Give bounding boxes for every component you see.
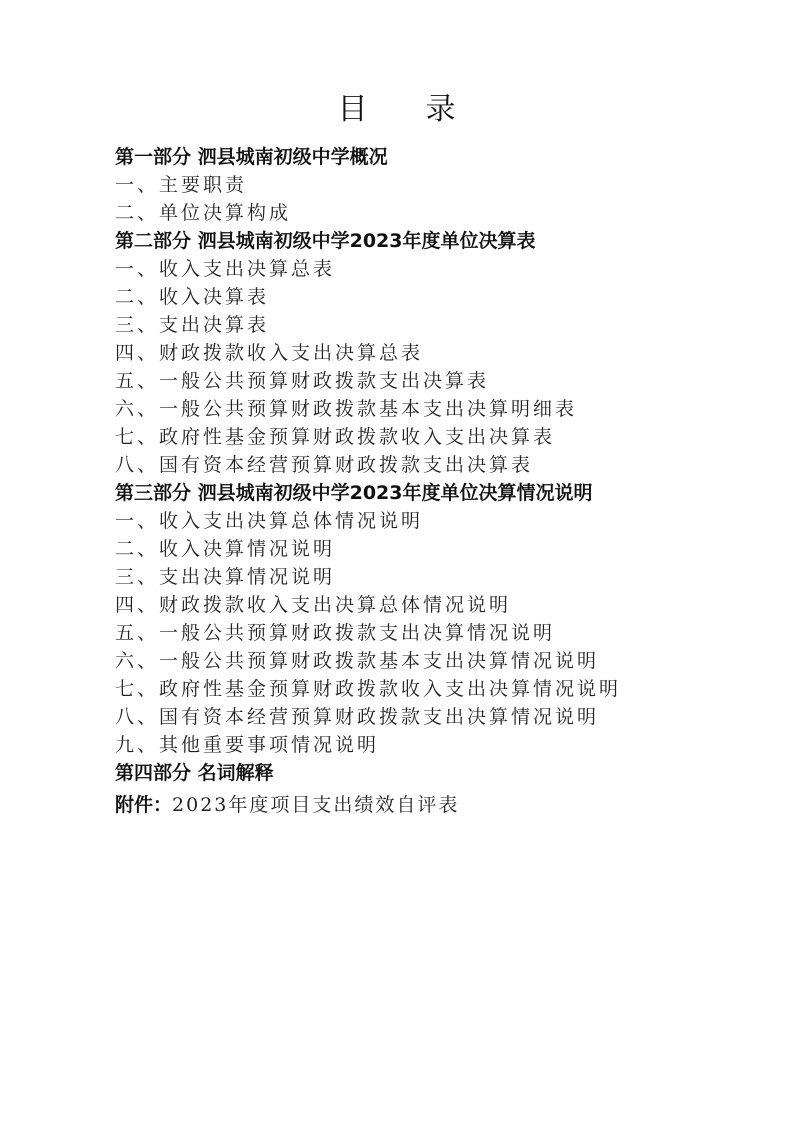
toc-item[interactable]: 八、国有资本经营预算财政拨款支出决算情况说明 [115,703,733,731]
toc-part-1[interactable]: 第一部分 泗县城南初级中学概况 [115,143,733,171]
toc-item[interactable]: 一、收入支出决算总体情况说明 [115,507,733,535]
toc-item[interactable]: 七、政府性基金预算财政拨款收入支出决算情况说明 [115,675,733,703]
page-title: 目录 [0,84,793,128]
toc-item[interactable]: 五、一般公共预算财政拨款支出决算情况说明 [115,619,733,647]
toc-item[interactable]: 四、财政拨款收入支出决算总表 [115,339,733,367]
toc-item[interactable]: 一、主要职责 [115,171,733,199]
annex-text: 2023年度项目支出绩效自评表 [172,794,459,816]
toc-item[interactable]: 九、其他重要事项情况说明 [115,731,733,759]
title-char-left: 目 [338,92,368,127]
toc-item[interactable]: 三、支出决算情况说明 [115,563,733,591]
toc-item[interactable]: 二、收入决算情况说明 [115,535,733,563]
toc-item[interactable]: 八、国有资本经营预算财政拨款支出决算表 [115,451,733,479]
title-char-right: 录 [426,92,456,127]
toc-item[interactable]: 二、收入决算表 [115,283,733,311]
toc-item[interactable]: 七、政府性基金预算财政拨款收入支出决算表 [115,423,733,451]
toc-item[interactable]: 五、一般公共预算财政拨款支出决算表 [115,367,733,395]
toc-item[interactable]: 六、一般公共预算财政拨款基本支出决算明细表 [115,395,733,423]
toc-item[interactable]: 二、单位决算构成 [115,199,733,227]
toc-annex[interactable]: 附件：2023年度项目支出绩效自评表 [115,791,733,819]
toc-part-2[interactable]: 第二部分 泗县城南初级中学2023年度单位决算表 [115,227,733,255]
table-of-contents: 第一部分 泗县城南初级中学概况 一、主要职责 二、单位决算构成 第二部分 泗县城… [115,143,733,819]
toc-item[interactable]: 一、收入支出决算总表 [115,255,733,283]
toc-item[interactable]: 六、一般公共预算财政拨款基本支出决算情况说明 [115,647,733,675]
toc-part-4[interactable]: 第四部分 名词解释 [115,759,733,787]
toc-part-3[interactable]: 第三部分 泗县城南初级中学2023年度单位决算情况说明 [115,479,733,507]
toc-item[interactable]: 三、支出决算表 [115,311,733,339]
annex-label: 附件： [115,794,172,816]
toc-item[interactable]: 四、财政拨款收入支出决算总体情况说明 [115,591,733,619]
